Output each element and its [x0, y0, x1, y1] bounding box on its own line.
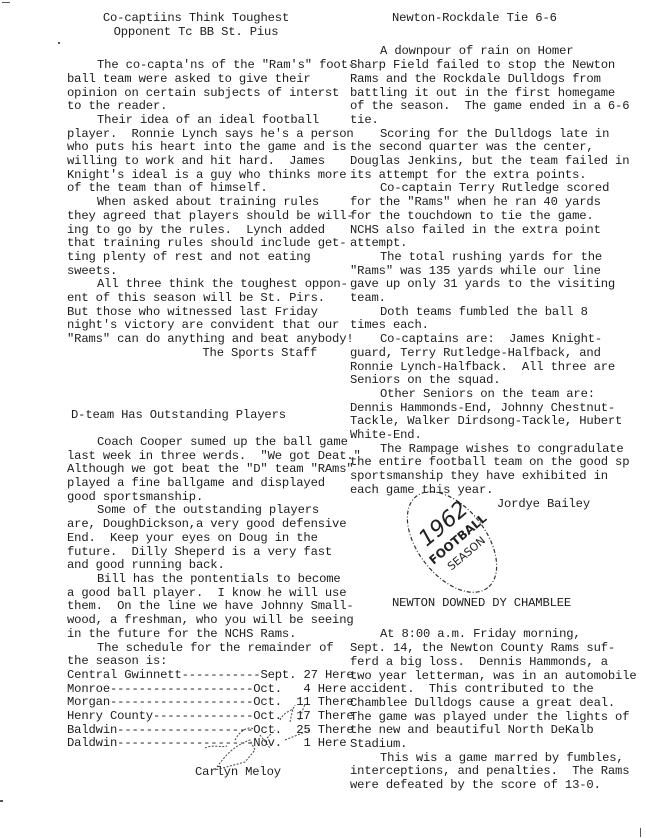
- schedule-month: Sept.: [260, 668, 296, 682]
- text-line: Tackle, Walker Dirdsong-Tackle, Hubert: [350, 415, 590, 429]
- schedule-opponent: Morgan: [67, 695, 110, 709]
- text-line: and good running back.: [67, 559, 317, 573]
- text-line: two year letterman, was in an automobile: [350, 670, 590, 684]
- article-title: Newton-Rockdale Tie 6-6: [350, 12, 590, 26]
- scribble-drawing: [195, 700, 325, 790]
- text-line: a good ball player. I know he will use: [67, 587, 317, 601]
- text-line: At 8:00 a.m. Friday morning,: [350, 628, 590, 642]
- text-line: that training rules should include get-: [67, 237, 317, 251]
- text-line: interceptions, and penalties. The Rams: [350, 765, 590, 779]
- schedule-opponent: Baldwin: [67, 723, 117, 737]
- schedule-opponent: Monroe: [67, 682, 110, 696]
- text-line: sportsmanship they have exhibited in: [350, 470, 590, 484]
- text-line: future. Dilly Sheperd is a very fast: [67, 546, 317, 560]
- article-title-line2: Opponent Tc BB St. Pius: [67, 26, 317, 40]
- text-line: The co-capta'ns of the "Ram's" foot-: [67, 59, 317, 73]
- text-line: Co-captains are: James Knight-: [350, 333, 590, 347]
- text-line: wood, a freshman, who you will be seeing: [67, 614, 317, 628]
- text-line: they agreed that players should be will-: [67, 210, 317, 224]
- page-speck: [0, 800, 3, 802]
- text-line: The Rampage wishes to congradulate: [350, 443, 590, 457]
- text-line: gave up only 31 yards to the visiting: [350, 278, 590, 292]
- text-line: in the future for the NCHS Rams.: [67, 628, 317, 642]
- text-line: last week in three werds. "We got Deat.": [67, 450, 317, 464]
- text-line: played a fine ballgame and displayed: [67, 477, 317, 491]
- text-line: battling it out in the first homegame: [350, 87, 590, 101]
- schedule-row: Monroe--------------------Oct. 4 Here: [67, 683, 317, 697]
- text-line: Dennis Hammonds-End, Johnny Chestnut-: [350, 402, 590, 416]
- text-line: for the touchdown to tie the game.: [350, 210, 590, 224]
- text-line: tie.: [350, 114, 590, 128]
- text-line: ent of this season will be St. Pirs.: [67, 292, 317, 306]
- article-title: D-team Has Outstanding Players: [67, 409, 317, 423]
- page-speck: [58, 42, 60, 44]
- text-line: them. On the line we have Johnny Small-: [67, 600, 317, 614]
- page-speck: [2, 2, 10, 3]
- schedule-location: Here: [318, 682, 347, 696]
- article-body: At 8:00 a.m. Friday morning,Sept. 14, th…: [350, 628, 590, 792]
- text-line: sweets.: [67, 265, 317, 279]
- text-line: attempt.: [350, 237, 590, 251]
- right-column: Newton-Rockdale Tie 6-6 A downpour of ra…: [350, 12, 590, 511]
- text-line: for the "Rams" when he ran 40 yards: [350, 196, 590, 210]
- page-speck: [640, 828, 641, 837]
- text-line: ball team were asked to give their: [67, 73, 317, 87]
- text-line: were defeated by the score of 13-0.: [350, 779, 590, 793]
- schedule-opponent: Daldwin: [67, 736, 117, 750]
- text-line: who puts his heart into the game and is: [67, 141, 317, 155]
- schedule-leader: --------------------: [110, 682, 253, 696]
- text-line: ferd a big loss. Dennis Hammonds, a: [350, 656, 590, 670]
- text-line: Co-captain Terry Rutledge scored: [350, 182, 590, 196]
- text-line: ting plenty of rest and not eating: [67, 251, 317, 265]
- article-newton-downed: NEWTON DOWNED DY CHAMBLEE At 8:00 a.m. F…: [350, 597, 590, 793]
- text-line: Sharp Field failed to stop the Newton: [350, 59, 590, 73]
- article-cocaptains: Co-captiins Think Toughest Opponent Tc B…: [67, 12, 317, 361]
- text-line: Some of the outstanding players: [67, 504, 317, 518]
- text-line: Scoring for the Dulldogs late in: [350, 128, 590, 142]
- text-line: times each.: [350, 319, 590, 333]
- schedule-leader: -----------: [182, 668, 261, 682]
- text-line: Other Seniors on the team are:: [350, 388, 590, 402]
- text-line: player. Ronnie Lynch says he's a person: [67, 128, 317, 142]
- football-icon: 1962 FOOTBALL SEASON: [392, 486, 512, 598]
- text-line: the second quarter was the center,: [350, 141, 590, 155]
- text-line: "Rams" can do anything and beat anybody!: [67, 333, 317, 347]
- article-body: The co-capta'ns of the "Ram's" foot-ball…: [67, 59, 317, 347]
- text-line: willing to work and hit hard. James: [67, 155, 317, 169]
- text-line: are, DoughDickson,a very good defensive: [67, 518, 317, 532]
- text-line: Stadium.: [350, 738, 590, 752]
- text-line: This wis a game marred by fumbles,: [350, 752, 590, 766]
- text-line: Coach Cooper sumed up the ball game: [67, 436, 317, 450]
- text-line: End. Keep your eyes on Doug in the: [67, 532, 317, 546]
- byline: The Sports Staff: [67, 347, 317, 361]
- text-line: Knight's ideal is a guy who thinks more: [67, 169, 317, 183]
- text-line: Their idea of an ideal football: [67, 114, 317, 128]
- schedule-month: Oct.: [253, 682, 289, 696]
- text-line: to the reader.: [67, 100, 317, 114]
- schedule-day: 27: [303, 668, 317, 682]
- article-body: A downpour of rain on HomerSharp Field f…: [350, 45, 590, 497]
- text-line: of the season. The game ended in a 6-6: [350, 100, 590, 114]
- text-line: Sept. 14, the Newton County Rams suf-: [350, 642, 590, 656]
- text-line: The total rushing yards for the: [350, 251, 590, 265]
- text-line: good sportsmanship.: [67, 491, 317, 505]
- text-line: ing to go by the rules. Lynch added: [67, 224, 317, 238]
- text-line: Douglas Jenkins, but the team failed in: [350, 155, 590, 169]
- text-line: its attempt for the extra points.: [350, 169, 590, 183]
- text-line: When asked about training rules: [67, 196, 317, 210]
- text-line: the entire football team on the good sp: [350, 456, 590, 470]
- schedule-opponent: Henry County: [67, 709, 153, 723]
- article-newton-rockdale: Newton-Rockdale Tie 6-6 A downpour of ra…: [350, 12, 590, 511]
- article-title: Co-captiins Think Toughest: [67, 12, 317, 26]
- article-title: NEWTON DOWNED DY CHAMBLEE: [350, 597, 590, 611]
- text-line: Although we got beat the "D" team "RAms": [67, 463, 317, 477]
- schedule-opponent: Central Gwinnett: [67, 668, 182, 682]
- text-line: Seniors on the squad.: [350, 374, 590, 388]
- schedule-row: Central Gwinnett-----------Sept. 27 Here: [67, 669, 317, 683]
- text-line: Ronnie Lynch-Halfback. All three are: [350, 361, 590, 375]
- text-line: night's victory are convident that our: [67, 319, 317, 333]
- text-line: The game was played under the lights of: [350, 711, 590, 725]
- text-line: accident. This contributed to the: [350, 683, 590, 697]
- text-line: But those who witnessed last Friday: [67, 306, 317, 320]
- text-line: NCHS also failed in the extra point: [350, 224, 590, 238]
- text-line: Bill has the pontentials to become: [67, 573, 317, 587]
- football-1962-stamp: 1962 FOOTBALL SEASON: [392, 486, 512, 598]
- text-line: The schedule for the remainder of: [67, 642, 317, 656]
- text-line: the new and beautiful North DeKalb: [350, 724, 590, 738]
- text-line: "Rams" was 135 yards while our line: [350, 265, 590, 279]
- text-line: opinion on certain subjects of interst: [67, 87, 317, 101]
- text-line: A downpour of rain on Homer: [350, 45, 590, 59]
- text-line: Doth teams fumbled the ball 8: [350, 306, 590, 320]
- text-line: guard, Terry Rutledge-Halfback, and: [350, 347, 590, 361]
- text-line: team.: [350, 292, 590, 306]
- text-line: All three think the toughest oppon-: [67, 278, 317, 292]
- article-body: Coach Cooper sumed up the ball gamelast …: [67, 436, 317, 669]
- text-line: Rams and the Rockdale Dulldogs from: [350, 73, 590, 87]
- text-line: of the team than of himself.: [67, 182, 317, 196]
- text-line: the season is:: [67, 655, 317, 669]
- schedule-day: 4: [296, 682, 310, 696]
- text-line: Chamblee Dulldogs cause a great deal.: [350, 697, 590, 711]
- text-line: White-End.: [350, 429, 590, 443]
- left-column: Co-captiins Think Toughest Opponent Tc B…: [67, 12, 317, 780]
